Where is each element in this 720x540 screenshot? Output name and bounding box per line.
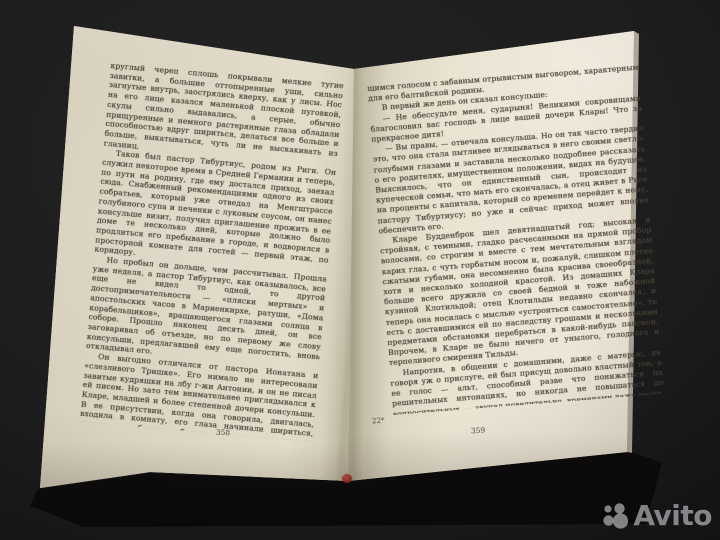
- left-page-number: 358: [200, 427, 246, 438]
- right-page-text: щимся голосом с забавным отрывистым выго…: [367, 63, 664, 415]
- avito-logo-icon: [602, 502, 629, 529]
- spine-headband-dot: [342, 474, 352, 483]
- signature-mark: 22*: [372, 417, 385, 426]
- book-photo: круглый череп сплошь покрывали мелкие ту…: [0, 0, 720, 540]
- paragraph: Таков был пастор Тибуртиус, родом из Риг…: [94, 148, 336, 275]
- avito-watermark: Avito: [602, 498, 712, 532]
- paragraph: Кларе Будденброк шел девятнадцатый год; …: [379, 215, 661, 369]
- left-page-text: круглый череп сплошь покрывали мелкие ту…: [79, 61, 344, 442]
- watermark-text: Avito: [633, 502, 712, 529]
